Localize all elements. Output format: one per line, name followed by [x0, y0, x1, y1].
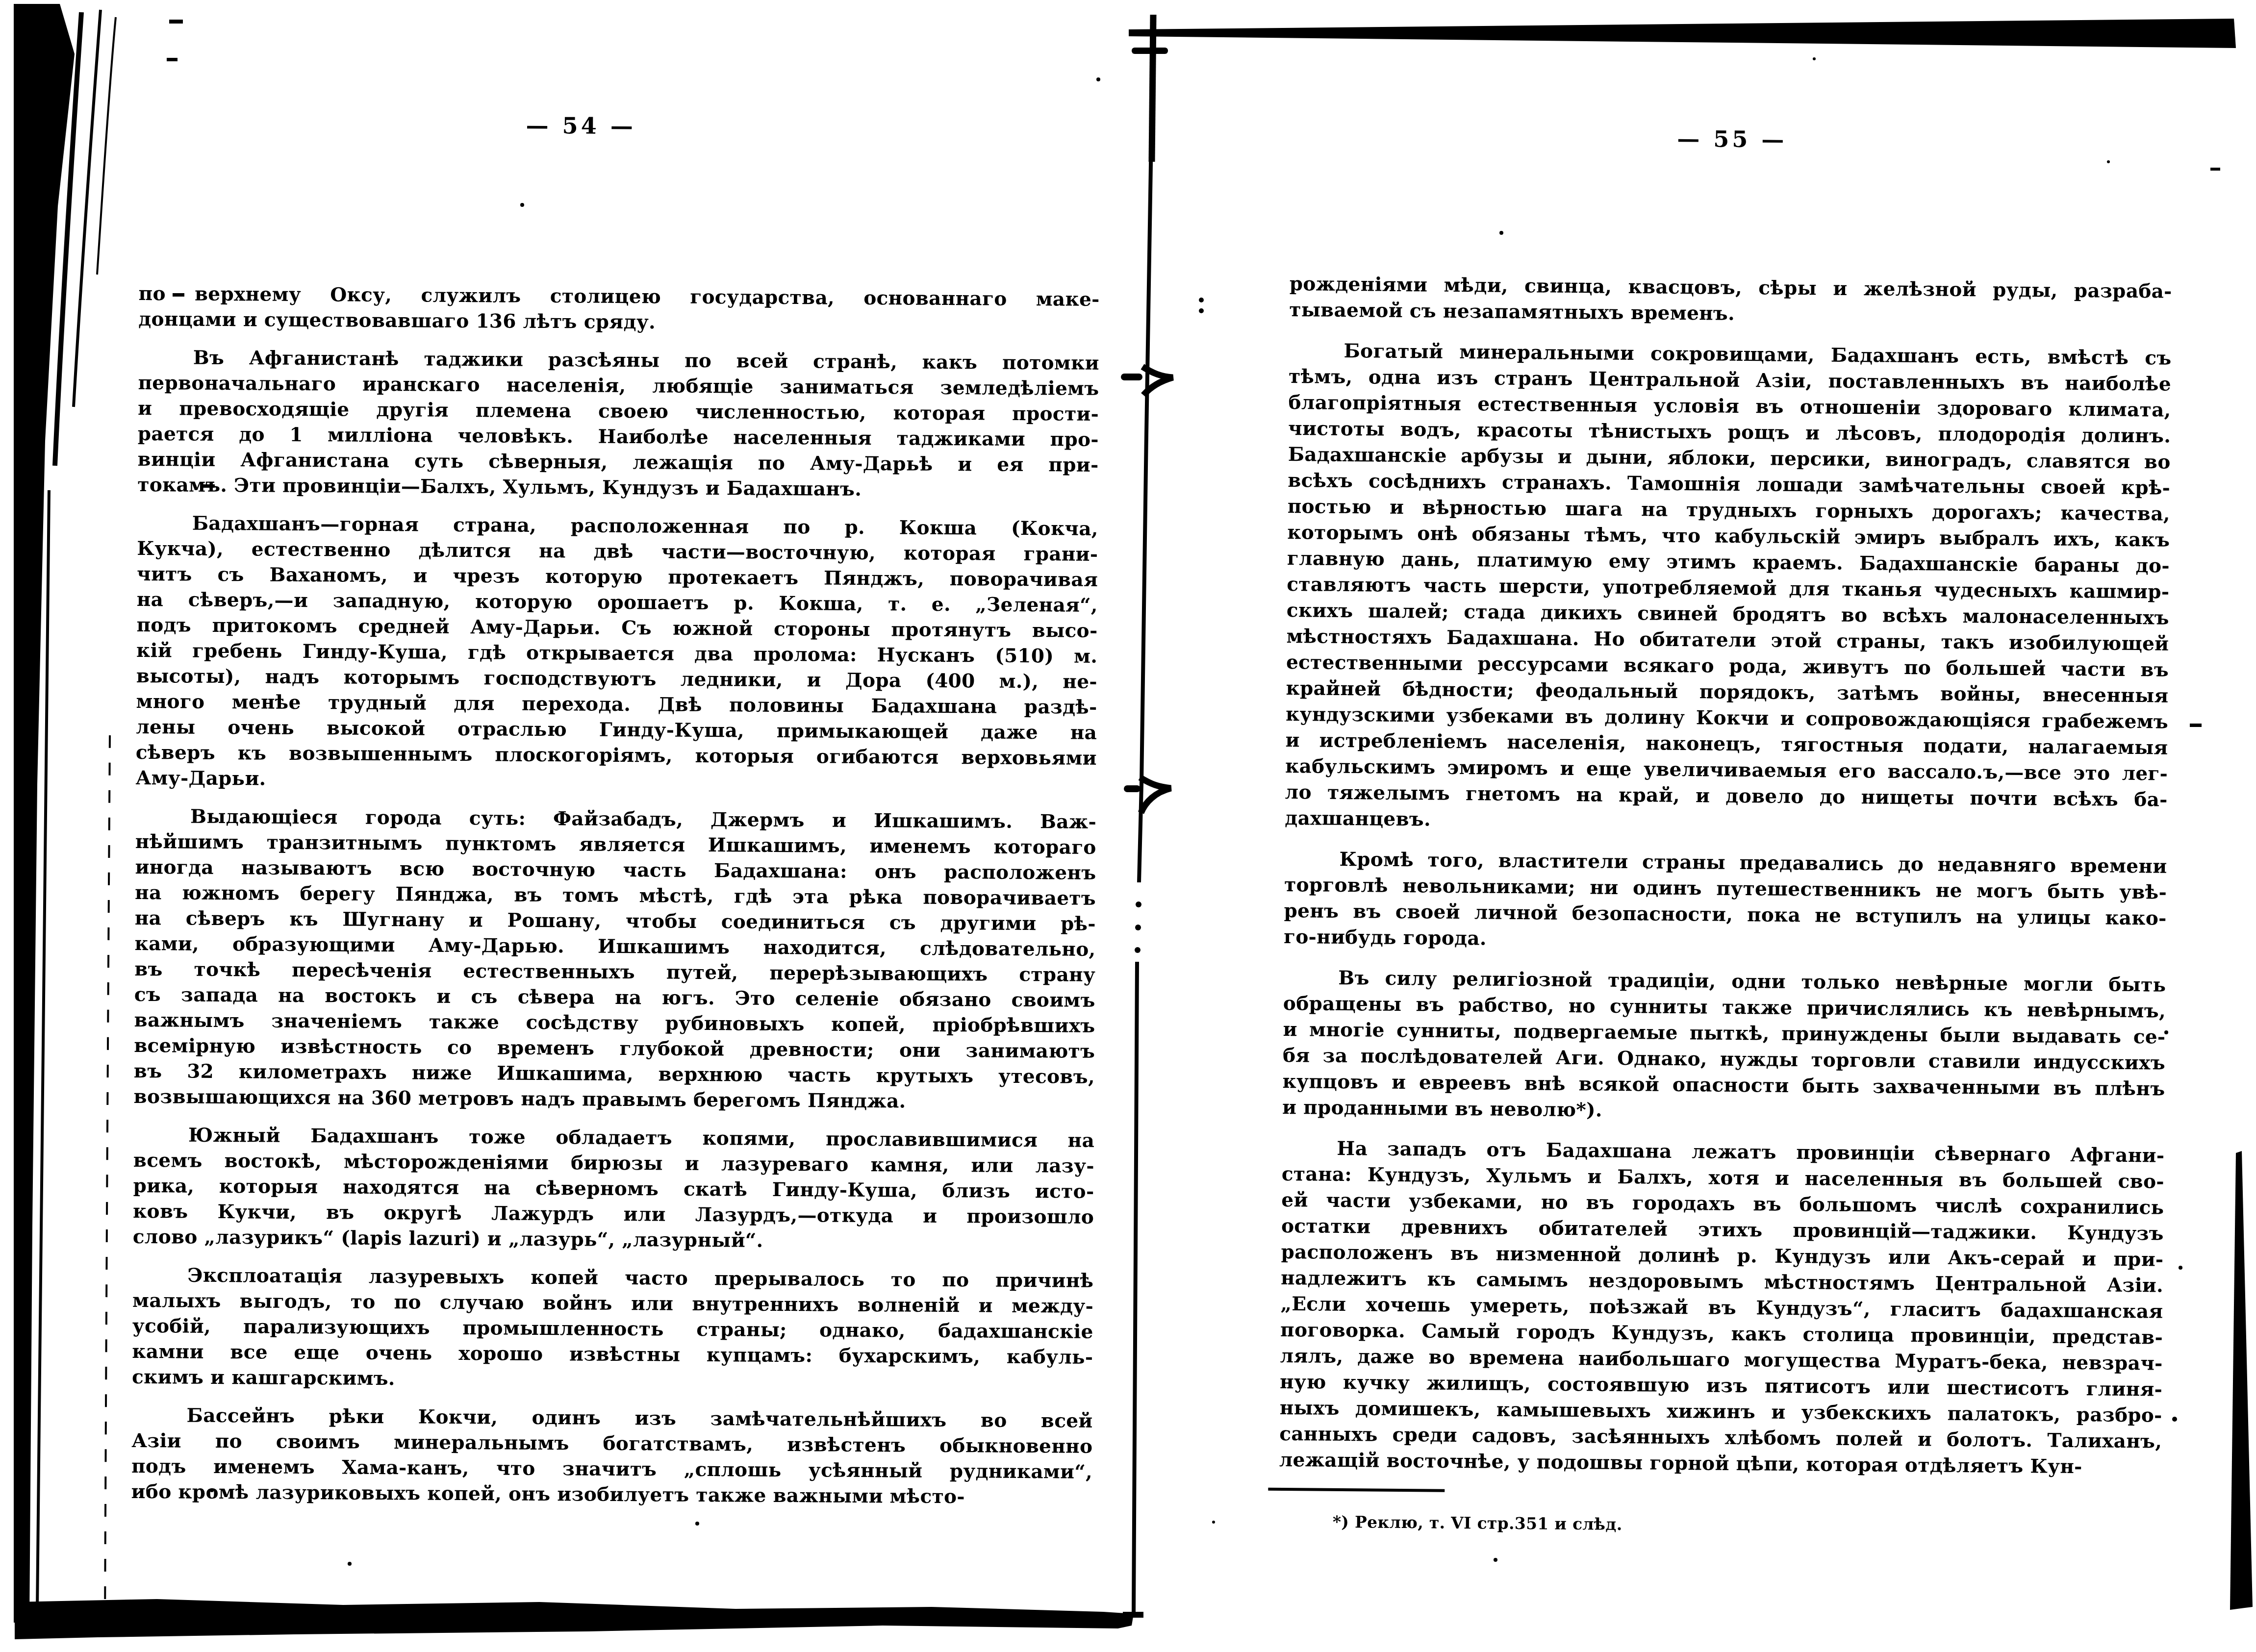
- right-scan-edge: [2230, 1151, 2253, 1610]
- paragraph: Въ силу религіозной традиціи, одни тольк…: [1282, 965, 2166, 1128]
- page-54: — 54 — по верхнему Оксу, служилъ столице…: [131, 103, 1101, 1523]
- text-line: ибо кромѣ лазуриковыхъ копей, онъ изобил…: [131, 1479, 1092, 1510]
- registration-cross-mark: [1132, 48, 1168, 54]
- paragraph: по верхнему Оксу, служилъ столицею госуд…: [138, 281, 1100, 338]
- paragraph: Южный Бадахшанъ тоже обладаетъ копями, п…: [133, 1122, 1095, 1255]
- page-55: — 55 — рожденіями мѣди, свинца, квасцовъ…: [1279, 103, 2174, 1542]
- footnote-rule: [1268, 1488, 1445, 1492]
- paragraph: Богатый минеральными сокровищами, Бадахш…: [1285, 338, 2172, 839]
- page-number-54: — 54 —: [101, 110, 1062, 142]
- paragraph: Эксплоатація лазуревыхъ копей часто прер…: [132, 1262, 1094, 1396]
- paragraph: Бадахшанъ—горная страна, расположенная п…: [135, 510, 1098, 797]
- paragraph: рожденіями мѣди, свинца, квасцовъ, сѣры …: [1289, 271, 2172, 331]
- paragraph: Въ Афганистанѣ таджики разсѣяны по всей …: [137, 345, 1099, 503]
- paragraph: На западъ отъ Бадахшана лежатъ провинціи…: [1279, 1135, 2165, 1481]
- page-55-text: рожденіями мѣди, свинца, квасцовъ, сѣры …: [1279, 271, 2172, 1481]
- book-scan: — 54 — по верхнему Оксу, служилъ столице…: [0, 0, 2256, 1652]
- page-54-text: по верхнему Оксу, служилъ столицею госуд…: [131, 281, 1100, 1510]
- page-number-55: — 55 —: [1291, 123, 2173, 156]
- paragraph: Бассейнъ рѣки Кокчи, одинъ изъ замѣчател…: [131, 1402, 1093, 1510]
- gutter-fold-line: [1121, 15, 1173, 1613]
- paragraph: Выдающіеся города суть: Файзабадъ, Джерм…: [133, 803, 1096, 1115]
- fold-arrow-marks: [1121, 367, 1173, 813]
- paragraph: Кромѣ того, властители страны предавалис…: [1284, 846, 2167, 958]
- top-scan-edge: [1129, 19, 2236, 48]
- bottom-scan-edge: [15, 1599, 1143, 1639]
- footnote-text: *) Реклю, т. VI стр.351 и слѣд.: [1279, 1508, 2161, 1542]
